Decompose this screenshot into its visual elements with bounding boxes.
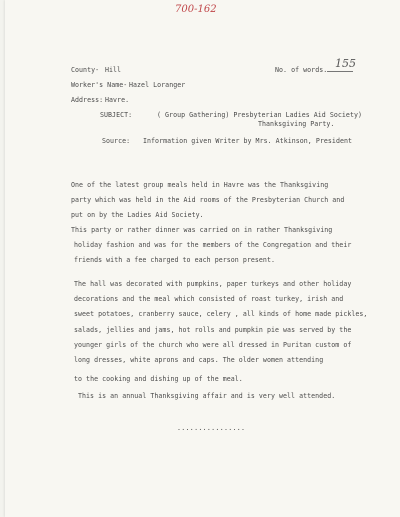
body-line: sweet potatoes, cranberry sauce, celery … xyxy=(74,310,367,318)
body-line: The hall was decorated with pumpkins, pa… xyxy=(74,280,351,288)
source-value: Information given Writer by Mrs. Atkinso… xyxy=(143,137,352,145)
body-line: This party or rather dinner was carried … xyxy=(71,226,332,234)
address-label: Address: xyxy=(71,96,103,104)
document-page: 700-162 County- Hill No. of words. 155 W… xyxy=(5,0,400,517)
worker-value: Hazel Loranger xyxy=(129,81,185,89)
word-count-value: 155 xyxy=(335,57,356,70)
worker-label: Worker's Name- xyxy=(71,81,127,89)
body-line: friends with a fee charged to each perso… xyxy=(74,256,275,264)
body-line: party which was held in the Aid rooms of… xyxy=(71,196,344,204)
county-label: County- xyxy=(71,66,99,74)
county-value: Hill xyxy=(105,66,121,74)
subject-line-1: ( Group Gathering) Presbyterian Ladies A… xyxy=(157,111,362,119)
source-label: Source: xyxy=(102,137,130,145)
handwritten-id: 700-162 xyxy=(175,4,217,15)
body-line: to the cooking and dishing up of the mea… xyxy=(74,375,243,383)
body-line: This is an annual Thanksgiving affair an… xyxy=(78,392,335,400)
body-line: younger girls of the church who were all… xyxy=(74,341,351,349)
body-line: One of the latest group meals held in Ha… xyxy=(71,181,328,189)
body-line: holiday fashion and was for the members … xyxy=(74,241,351,249)
body-line: salads, jellies and jams, hot rolls and … xyxy=(74,326,351,334)
address-value: Havre. xyxy=(105,96,129,104)
subject-line-2: Thanksgiving Party. xyxy=(258,120,334,128)
word-count-label: No. of words. xyxy=(275,66,327,74)
subject-label: SUBJECT: xyxy=(100,111,132,119)
body-line: decorations and the meal which consisted… xyxy=(74,295,343,303)
word-count-underline xyxy=(327,71,353,72)
body-line: long dresses, white aprons and caps. The… xyxy=(74,356,323,364)
body-line: put on by the Ladies Aid Society. xyxy=(71,211,204,219)
end-mark: ................ xyxy=(177,424,245,432)
